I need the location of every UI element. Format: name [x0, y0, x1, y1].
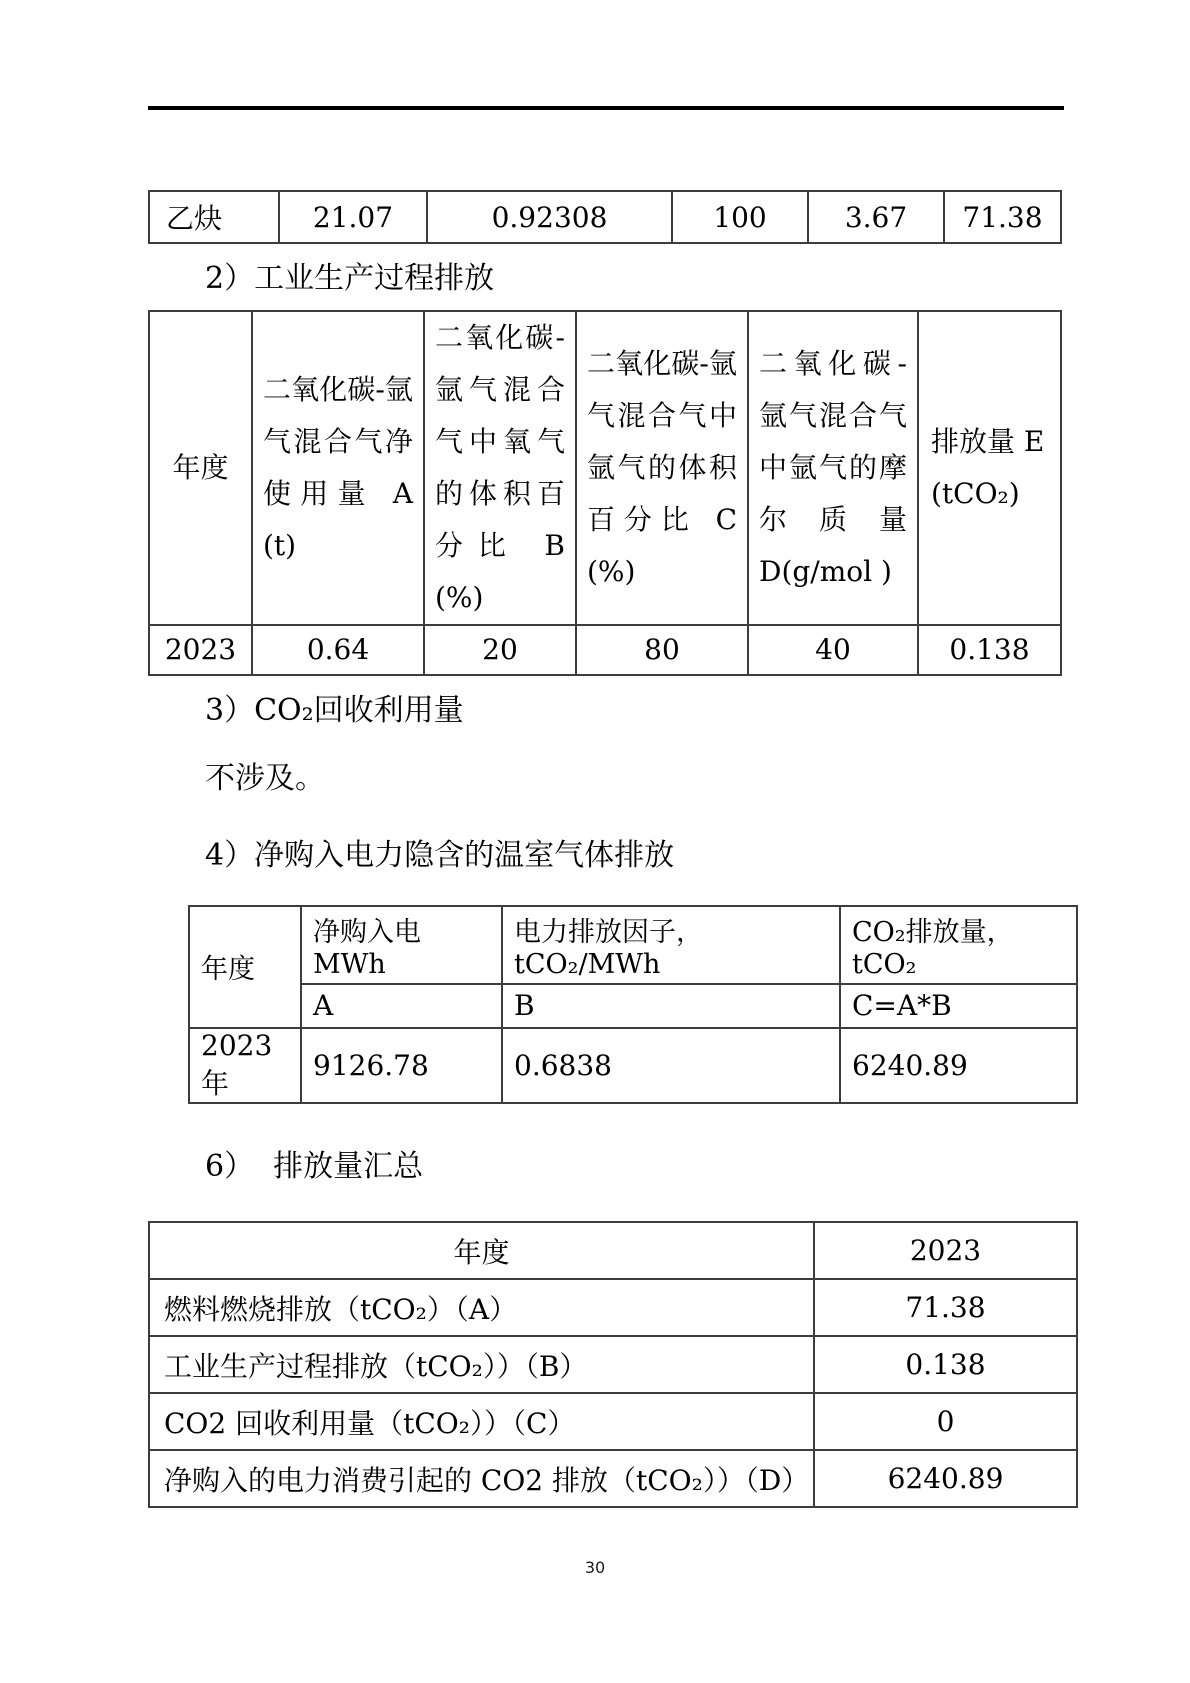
column-header-cell: CO₂排放量，tCO₂	[840, 906, 1077, 984]
column-header-cell: 二氧化碳-氩气混合气中氧气的体积百分比 B (%)	[424, 311, 576, 625]
column-header-cell: 净购入电 MWh	[301, 906, 502, 984]
page-content: 乙炔 21.07 0.92308 100 3.67 71.38 2）工业生产过程…	[0, 106, 1190, 1508]
table-row: 燃料燃烧排放（tCO₂）（A） 71.38	[149, 1279, 1077, 1336]
year-header-cell: 年度	[149, 1222, 814, 1279]
summary-value-cell: 71.38	[814, 1279, 1077, 1336]
year-cell: 2023 年	[189, 1028, 301, 1103]
value-cell: 80	[576, 625, 748, 675]
table-row: CO2 回收利用量（tCO₂））（C） 0	[149, 1393, 1077, 1450]
year-value-header-cell: 2023	[814, 1222, 1077, 1279]
fuel-value-cell: 100	[672, 191, 808, 243]
fuel-value-cell: 21.07	[279, 191, 427, 243]
subheader-cell: A	[301, 984, 502, 1028]
column-header-cell: 电力排放因子，tCO₂/MWh	[502, 906, 840, 984]
table-row: 2023 0.64 20 80 40 0.138	[149, 625, 1061, 675]
fuel-value-cell: 3.67	[808, 191, 944, 243]
column-header-cell: 二氧化碳-氩气混合气中氩气的体积百分比 C (%)	[576, 311, 748, 625]
fuel-name-cell: 乙炔	[149, 191, 279, 243]
table-header-row: 年度 二氧化碳-氩气混合气净使用量 A (t) 二氧化碳-氩气混合气中氧气的体积…	[149, 311, 1061, 625]
value-cell: 9126.78	[301, 1028, 502, 1103]
summary-value-cell: 0	[814, 1393, 1077, 1450]
table-header-row: 年度 2023	[149, 1222, 1077, 1279]
column-header-cell: 二氧化碳-氩气混合气净使用量 A (t)	[252, 311, 424, 625]
value-cell: 6240.89	[840, 1028, 1077, 1103]
year-header-cell: 年度	[189, 906, 301, 1028]
document-page: 乙炔 21.07 0.92308 100 3.67 71.38 2）工业生产过程…	[0, 0, 1190, 1683]
value-cell: 0.6838	[502, 1028, 840, 1103]
table-header-row: 年度 净购入电 MWh 电力排放因子，tCO₂/MWh CO₂排放量，tCO₂	[189, 906, 1077, 984]
section-heading-recovery: 3）CO₂回收利用量	[205, 692, 1190, 730]
column-header-cell: 二氧化碳-氩气混合气中氩气的摩尔质量 D(g/mol )	[748, 311, 918, 625]
summary-value-cell: 0.138	[814, 1336, 1077, 1393]
year-cell: 2023	[149, 625, 252, 675]
fuel-value-cell: 71.38	[944, 191, 1061, 243]
industrial-process-emission-table: 年度 二氧化碳-氩气混合气净使用量 A (t) 二氧化碳-氩气混合气中氧气的体积…	[148, 310, 1062, 676]
table-subheader-row: A B C=A*B	[189, 984, 1077, 1028]
header-rule	[148, 106, 1064, 110]
table-row: 工业生产过程排放（tCO₂））（B） 0.138	[149, 1336, 1077, 1393]
summary-label-cell: 工业生产过程排放（tCO₂））（B）	[149, 1336, 814, 1393]
table-row: 乙炔 21.07 0.92308 100 3.67 71.38	[149, 191, 1061, 243]
section-heading-process: 2）工业生产过程排放	[205, 260, 1190, 298]
value-cell: 0.138	[918, 625, 1061, 675]
value-cell: 40	[748, 625, 918, 675]
emission-header-cell: 排放量 E (tCO₂)	[918, 311, 1061, 625]
subheader-cell: C=A*B	[840, 984, 1077, 1028]
value-cell: 0.64	[252, 625, 424, 675]
recovery-body-text: 不涉及。	[205, 753, 1190, 797]
summary-value-cell: 6240.89	[814, 1450, 1077, 1507]
year-header-cell: 年度	[149, 311, 252, 625]
emission-summary-table: 年度 2023 燃料燃烧排放（tCO₂）（A） 71.38 工业生产过程排放（t…	[148, 1221, 1078, 1508]
summary-label-cell: 燃料燃烧排放（tCO₂）（A）	[149, 1279, 814, 1336]
subheader-cell: B	[502, 984, 840, 1028]
purchased-electricity-table: 年度 净购入电 MWh 电力排放因子，tCO₂/MWh CO₂排放量，tCO₂ …	[188, 905, 1078, 1104]
summary-label-cell: 净购入的电力消费引起的 CO2 排放（tCO₂））（D）	[149, 1450, 814, 1507]
value-cell: 20	[424, 625, 576, 675]
table-row: 2023 年 9126.78 0.6838 6240.89	[189, 1028, 1077, 1103]
table-row: 净购入的电力消费引起的 CO2 排放（tCO₂））（D） 6240.89	[149, 1450, 1077, 1507]
fuel-value-cell: 0.92308	[427, 191, 672, 243]
page-number: 30	[0, 1558, 1190, 1577]
section-heading-electricity: 4）净购入电力隐含的温室气体排放	[205, 837, 1190, 875]
fuel-combustion-table-continued: 乙炔 21.07 0.92308 100 3.67 71.38	[148, 190, 1062, 244]
summary-label-cell: CO2 回收利用量（tCO₂））（C）	[149, 1393, 814, 1450]
section-heading-summary: 6） 排放量汇总	[205, 1148, 1190, 1186]
